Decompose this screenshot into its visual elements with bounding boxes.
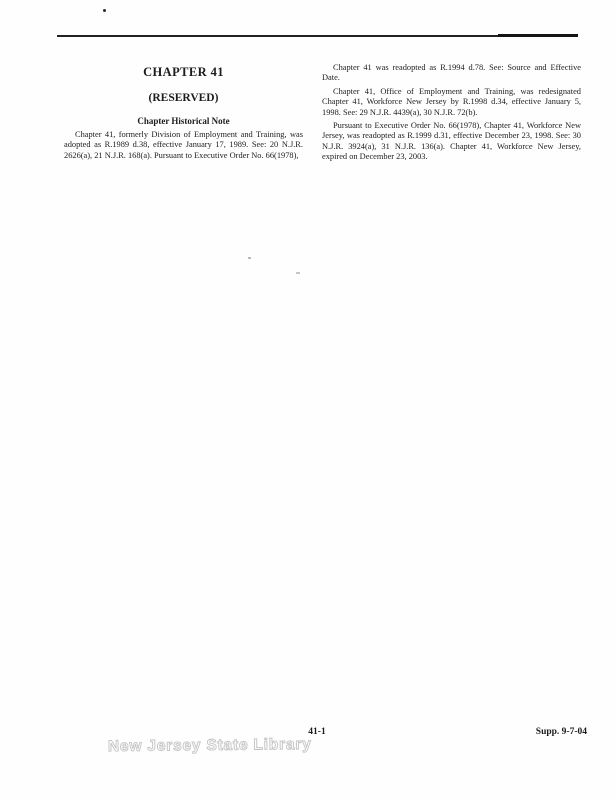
- chapter-heading: CHAPTER 41: [64, 66, 303, 79]
- scanned-document-page: CHAPTER 41 (RESERVED) Chapter Historical…: [0, 0, 616, 800]
- historical-note-paragraph: Chapter 41 was readopted as R.1994 d.78.…: [322, 63, 581, 84]
- reserved-heading: (RESERVED): [64, 92, 303, 104]
- library-stamp-watermark: New Jersey State Library: [108, 736, 312, 756]
- scan-speck: [248, 257, 251, 259]
- left-column: CHAPTER 41 (RESERVED) Chapter Historical…: [64, 66, 303, 164]
- top-horizontal-rule-right-segment: [498, 34, 578, 37]
- right-column: Chapter 41 was readopted as R.1994 d.78.…: [322, 63, 581, 166]
- scan-artifact-dot: [103, 9, 106, 12]
- historical-note-heading: Chapter Historical Note: [64, 116, 303, 126]
- footer-supplement-date: Supp. 9-7-04: [495, 727, 587, 737]
- historical-note-paragraph: Chapter 41, formerly Division of Employm…: [64, 130, 303, 161]
- historical-note-paragraph: Pursuant to Executive Order No. 66(1978)…: [322, 121, 581, 163]
- historical-note-paragraph: Chapter 41, Office of Employment and Tra…: [322, 87, 581, 118]
- scan-speck: [296, 272, 300, 274]
